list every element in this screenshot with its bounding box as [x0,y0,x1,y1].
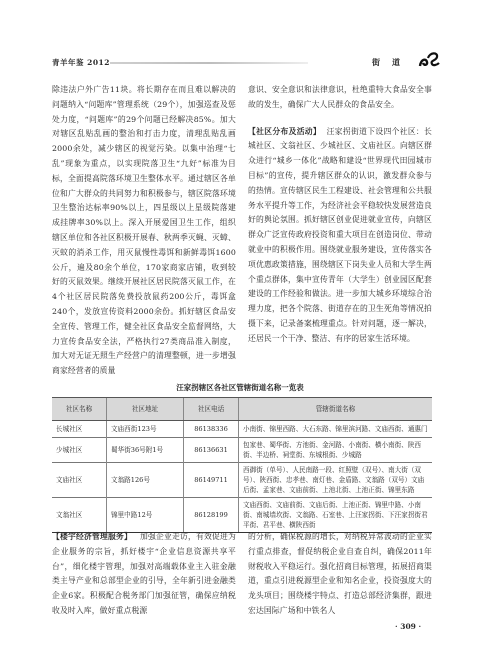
community-phone: 86149711 [184,463,239,498]
community-table: 社区名称 社区地址 社区电话 管辖街道名称 长城社区 文庙西街123号 8613… [52,397,432,533]
body-paragraph: 除违法户外广告11块。将长期存在而且难以解决的问题纳入“问题库”管理系统（29个… [52,83,236,379]
community-phone: 86136631 [184,438,239,463]
community-name: 文庙社区 [52,463,107,498]
table-caption: 汪家拐辖区各社区管辖街道名称一览表 [0,382,480,393]
column-header: 社区名称 [52,398,107,421]
column-header: 社区地址 [107,398,184,421]
body-paragraph: 的分析，确保税源的增长，对纳税异常波动的企业实行重点排查，督促纳税企业自查自纠，… [248,530,432,619]
bird-logo-icon [418,50,440,68]
community-section: 【社区分布及活动】 汪家拐街道下设四个社区：长城社区、文翁社区、少城社区、文庙社… [248,125,432,347]
table-row: 文庙社区 文翁路126号 86149711 西御街（单号）、人民南路一段、红照壁… [52,463,432,498]
section-body: 汪家拐街道下设四个社区：长城社区、文翁社区、少城社区、文庙社区。向辖区群众进行“… [248,127,432,343]
right-column-bottom: 的分析，确保税源的增长，对纳税异常波动的企业实行重点排查，督促纳税企业自查自纠，… [248,530,432,619]
community-name: 长城社区 [52,421,107,438]
table-row: 长城社区 文庙西街123号 86138336 小南街、锦里西路、大石东路、锦里滨… [52,421,432,438]
streets: 小南街、锦里西路、大石东路、锦里滨河路、文庙西街、通惠门 [239,421,433,438]
running-header: 青羊年鉴 2012 街道 [52,54,442,74]
building-economy-section: 【楼宇经济管理服务】 加强企业走访，有效促进为企业服务的宗旨，抓好楼宇“企业信息… [52,530,236,619]
streets: 文庙西街、文庙前街、文庙后街、上池正街、锦里中路、小南街、南城墙坎街、文翁路、石… [239,498,433,533]
community-phone: 86138336 [184,421,239,438]
section-heading: 【社区分布及活动】 [248,127,321,136]
community-address: 文庙西街123号 [107,421,184,438]
section-title: 街道 [372,57,412,68]
community-name: 文翁社区 [52,498,107,533]
community-phone: 86128199 [184,498,239,533]
right-column-top: 意识、安全意识和法律意识，杜绝重特大食品安全事故的发生，确保广大人民群众的食品安… [248,83,432,347]
column-header: 社区电话 [184,398,239,421]
table-row: 文翁社区 锦里中路12号 86128199 文庙西街、文庙前街、文庙后街、上池正… [52,498,432,533]
section-body: 加强企业走访，有效促进为企业服务的宗旨，抓好楼宇“企业信息资源共享平台”，细化楼… [52,532,236,615]
body-paragraph: 意识、安全意识和法律意识，杜绝重特大食品安全事故的发生，确保广大人民群众的食品安… [248,83,432,113]
community-address: 文翁路126号 [107,463,184,498]
table-header-row: 社区名称 社区地址 社区电话 管辖街道名称 [52,398,432,421]
streets: 包家巷、蜀华街、方池街、金河路、小南街、横小南街、陕西街、半边桥、祠堂街、东城根… [239,438,433,463]
community-address: 锦里中路12号 [107,498,184,533]
column-header: 管辖街道名称 [239,398,433,421]
table-row: 少城社区 蜀华街36号附1号 86136631 包家巷、蜀华街、方池街、金河路、… [52,438,432,463]
community-address: 蜀华街36号附1号 [107,438,184,463]
section-heading: 【楼宇经济管理服务】 [52,532,132,541]
yearbook-title: 青羊年鉴 2012 [52,57,110,68]
page-number: · 309 · [395,622,421,631]
community-name: 少城社区 [52,438,107,463]
left-column-top: 除违法户外广告11块。将长期存在而且难以解决的问题纳入“问题库”管理系统（29个… [52,83,236,379]
streets: 西御街（单号）、人民南路一段、红照壁（双号）、南大街（双号）、陕西街、忠孝巷、南… [239,463,433,498]
header-rule [110,62,308,64]
left-column-bottom: 【楼宇经济管理服务】 加强企业走访，有效促进为企业服务的宗旨，抓好楼宇“企业信息… [52,530,236,619]
